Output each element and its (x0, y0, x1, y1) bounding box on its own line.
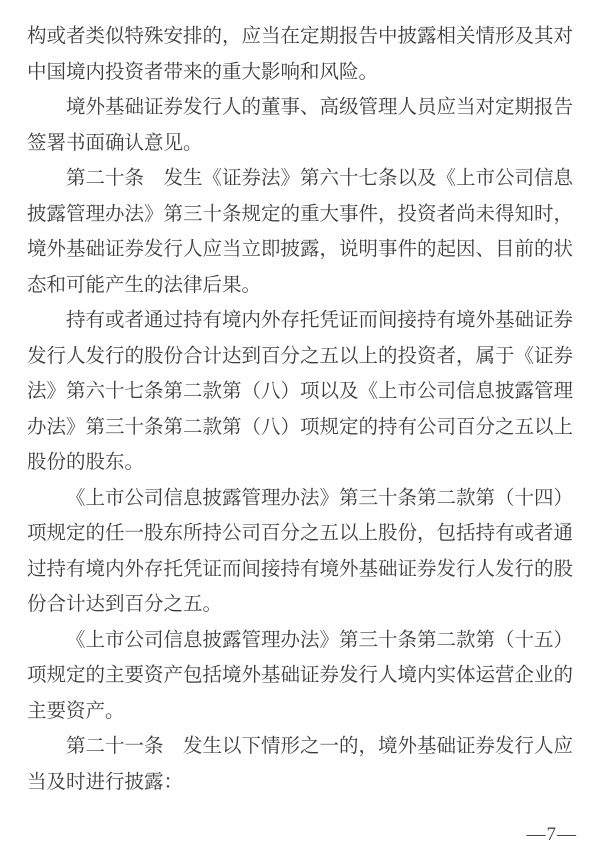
paragraph: 构或者类似特殊安排的，应当在定期报告中披露相关情形及其对中国境内投资者带来的重大… (27, 19, 573, 90)
paragraph: 第二十一条 发生以下情形之一的，境外基础证券发行人应当及时进行披露： (27, 729, 573, 800)
paragraph: 《上市公司信息披露管理办法》第三十条第二款第（十五）项规定的主要资产包括境外基础… (27, 623, 573, 730)
paragraph: 境外基础证券发行人的董事、高级管理人员应当对定期报告签署书面确认意见。 (27, 90, 573, 161)
paragraph: 持有或者通过持有境内外存托凭证而间接持有境外基础证券发行人发行的股份合计达到百分… (27, 303, 573, 481)
paragraph: 第二十条 发生《证券法》第六十七条以及《上市公司信息披露管理办法》第三十条规定的… (27, 161, 573, 303)
document-content: 构或者类似特殊安排的，应当在定期报告中披露相关情形及其对中国境内投资者带来的重大… (27, 19, 573, 800)
paragraph: 《上市公司信息披露管理办法》第三十条第二款第（十四）项规定的任一股东所持公司百分… (27, 481, 573, 623)
document-page: 构或者类似特殊安排的，应当在定期报告中披露相关情形及其对中国境内投资者带来的重大… (0, 0, 600, 855)
page-number: —7— (527, 825, 578, 844)
